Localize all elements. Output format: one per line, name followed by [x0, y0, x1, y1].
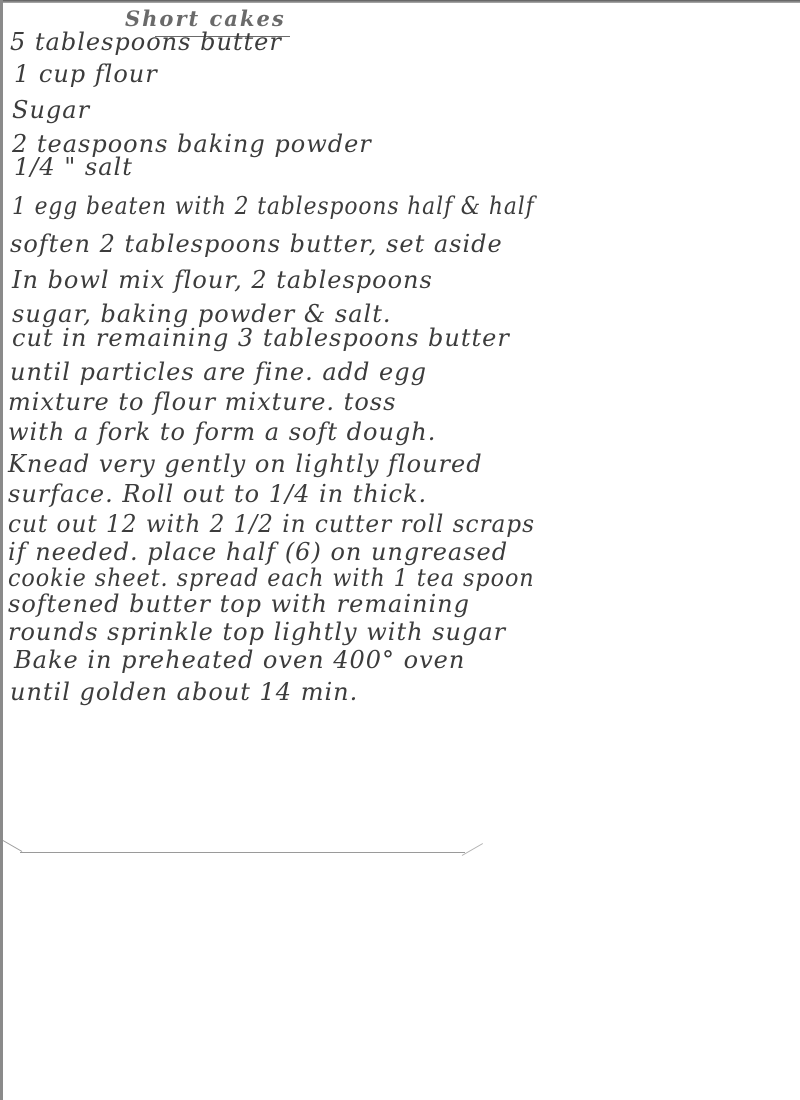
instruction-line: 1 egg beaten with 2 tablespoons half & h… — [12, 194, 535, 218]
recipe-title: Short cakes — [125, 8, 286, 29]
instruction-line: sugar, baking powder & salt. — [12, 302, 391, 326]
instruction-line: rounds sprinkle top lightly with sugar — [8, 620, 506, 644]
instruction-line: cut in remaining 3 tablespoons butter — [12, 326, 510, 350]
ingredient-line: 5 tablespoons butter — [10, 30, 282, 54]
ingredient-line: 1 cup flour — [14, 62, 158, 86]
instruction-line: Knead very gently on lightly floured — [8, 452, 483, 476]
instruction-line: In bowl mix flour, 2 tablespoons — [12, 268, 433, 292]
instruction-line: soften 2 tablespoons butter, set aside — [10, 232, 503, 256]
instruction-line: if needed. place half (6) on ungreased — [8, 540, 508, 564]
instruction-line: mixture to flour mixture. toss — [8, 390, 396, 414]
instruction-line: with a fork to form a soft dough. — [8, 420, 436, 444]
scanned-page: Short cakes 5 tablespoons butter 1 cup f… — [0, 0, 800, 1100]
ingredient-line: 1/4 " salt — [14, 155, 133, 179]
card-bottom-edge — [20, 852, 465, 853]
instruction-line: surface. Roll out to 1/4 in thick. — [8, 482, 427, 506]
instruction-line: until golden about 14 min. — [10, 680, 358, 704]
ingredient-line: Sugar — [12, 98, 90, 122]
instruction-line: until particles are fine. add egg — [10, 360, 427, 384]
instruction-line: cookie sheet. spread each with 1 tea spo… — [8, 566, 535, 590]
instruction-line: softened butter top with remaining — [8, 592, 470, 616]
instruction-line: cut out 12 with 2 1/2 in cutter roll scr… — [8, 512, 535, 536]
instruction-line: Bake in preheated oven 400° oven — [14, 648, 465, 672]
